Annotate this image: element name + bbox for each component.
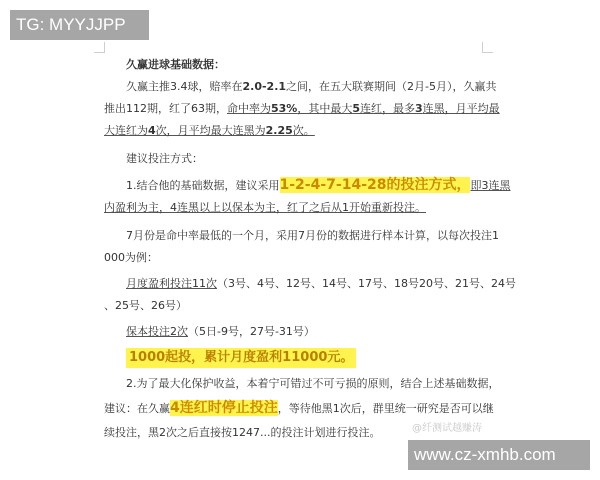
tg-watermark-badge: TG: MYYJJPP <box>10 10 149 40</box>
text: （3号、4号、12号、14号、17号、18号20号、21号、24号 <box>217 277 516 290</box>
text: 建议：在久赢 <box>104 402 170 415</box>
max-loss-streak: 3 <box>415 102 423 115</box>
site-url-badge: www.cz-xmhb.com <box>408 440 590 470</box>
paragraph-1: 久赢主推3.4球，赔率在2.0-2.1之间，在五大联赛期间（2月-5月），久赢共 <box>104 76 524 98</box>
source-watermark: @纤测试越赚涛 <box>412 419 482 434</box>
text: 次，月平均最大连黑为 <box>156 124 266 137</box>
max-win-streak: 5 <box>352 102 360 115</box>
text: 连黑，月平均最 <box>423 102 500 115</box>
text: ，等待他黑1次后，群里统一研究是否可以继 <box>278 402 494 415</box>
text: 次。 <box>293 124 315 137</box>
paragraph-1-line2: 推出112期，红了63期，命中率为53%，其中最大5连红，最多3连黑，月平均最 <box>104 98 524 120</box>
profit-bets-line2: 、25号、26号） <box>104 295 524 317</box>
profit-bets: 月度盈利投注11次（3号、4号、12号、14号、17号、18号20号、21号、2… <box>104 273 524 295</box>
paragraph-4: 2.为了最大化保护收益，本着宁可错过不可亏损的原则，结合上述基础数据， <box>104 373 524 395</box>
breakeven-bets-label: 保本投注2次 <box>126 325 188 338</box>
hit-rate: 53% <box>271 102 297 115</box>
paragraph-2-line2: 内盈利为主，4连黑以上以保本为主，红了之后从1开始重新投注。 <box>104 197 524 219</box>
odds-range: 2.0-2.1 <box>243 80 287 93</box>
text: （5日-9号，27号-31号） <box>188 325 315 338</box>
text: ，其中最大 <box>297 102 352 115</box>
avg-loss-streak: 2.25 <box>266 124 293 137</box>
highlight-summary-row: 1000起投，累计月度盈利11000元。 <box>104 347 524 369</box>
highlighted-betting-sequence: 1-2-4-7-14-28的投注方式， <box>280 177 471 193</box>
highlighted-stop-rule: 4连红时停止投注 <box>170 400 278 416</box>
paragraph-3: 7月份是命中率最低的一个月，采用7月份的数据进行样本计算，以每次投注1 <box>104 225 524 247</box>
profit-bets-label: 月度盈利投注11次 <box>126 277 217 290</box>
text: 即3连黑 <box>470 179 510 192</box>
text: 大连红为 <box>104 124 148 137</box>
page-corner-marker <box>94 42 105 53</box>
text: 连红，最多 <box>360 102 415 115</box>
paragraph-3-line2: 000为例： <box>104 247 524 269</box>
text: 1.结合他的基础数据，建议采用 <box>126 179 280 192</box>
section-title: 建议投注方式： <box>104 148 524 170</box>
text: 久赢主推3.4球，赔率在 <box>126 80 243 93</box>
paragraph-2: 1.结合他的基础数据，建议采用1-2-4-7-14-28的投注方式，即3连黑 <box>104 174 524 197</box>
heading: 久赢进球基础数据： <box>104 54 524 76</box>
highlight-summary: 1000起投，累计月度盈利11000元。 <box>126 348 356 368</box>
page-corner-marker <box>482 42 493 53</box>
text: 命中率为 <box>227 102 271 115</box>
text: 之间，在五大联赛期间（2月-5月），久赢共 <box>286 80 496 93</box>
avg-win-streak: 4 <box>148 124 156 137</box>
paragraph-1-line3: 大连红为4次，月平均最大连黑为2.25次。 <box>104 120 524 142</box>
text: 推出112期，红了63期， <box>104 102 227 115</box>
document-body: 久赢进球基础数据： 久赢主推3.4球，赔率在2.0-2.1之间，在五大联赛期间（… <box>104 54 524 444</box>
breakeven-bets: 保本投注2次（5日-9号，27号-31号） <box>104 321 524 343</box>
paragraph-4-line2: 建议：在久赢4连红时停止投注，等待他黑1次后，群里统一研究是否可以继 <box>104 397 524 420</box>
